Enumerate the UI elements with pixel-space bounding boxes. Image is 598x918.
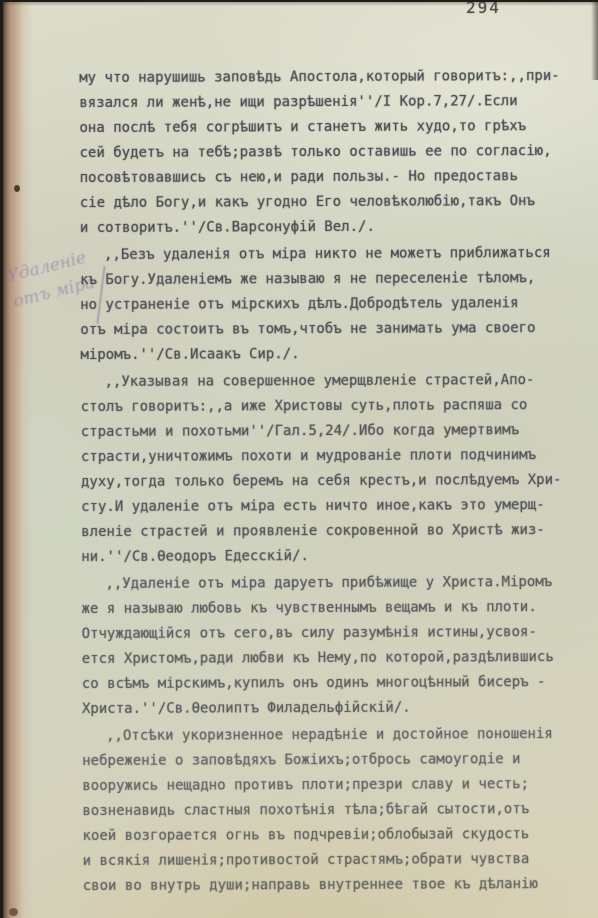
manuscript-page: 294 Удаленіе отъ міра му что нарушишь за… (3, 2, 598, 918)
typed-text-block: му что нарушишь заповѣдь Апостола,которы… (79, 64, 585, 901)
photo-edge-shadow (591, 2, 598, 80)
typed-paragraph-continuation: му что нарушишь заповѣдь Апостола,которы… (79, 64, 582, 241)
scanned-document-photo: { "doc": { "page_number": "294", "margin… (0, 0, 598, 918)
paper-speck (9, 908, 18, 916)
typed-paragraph-isaac: ,,Безъ удаленія отъ міра никто не можетъ… (80, 241, 583, 368)
photo-top-shadow (3, 2, 598, 6)
book-edge (3, 2, 33, 918)
page-number: 294 (466, 2, 501, 17)
paper-speck (14, 185, 20, 192)
typed-paragraph-theodore: ,,Указывая на совершенное умерщвленіе ст… (81, 368, 584, 570)
typed-paragraph-final: ,,Отсѣки укоризненное нерадѣніе и достой… (82, 722, 585, 899)
typed-paragraph-theoliptus: ,,Удаленіе отъ міра даруетъ прибѣжище у … (81, 570, 584, 722)
